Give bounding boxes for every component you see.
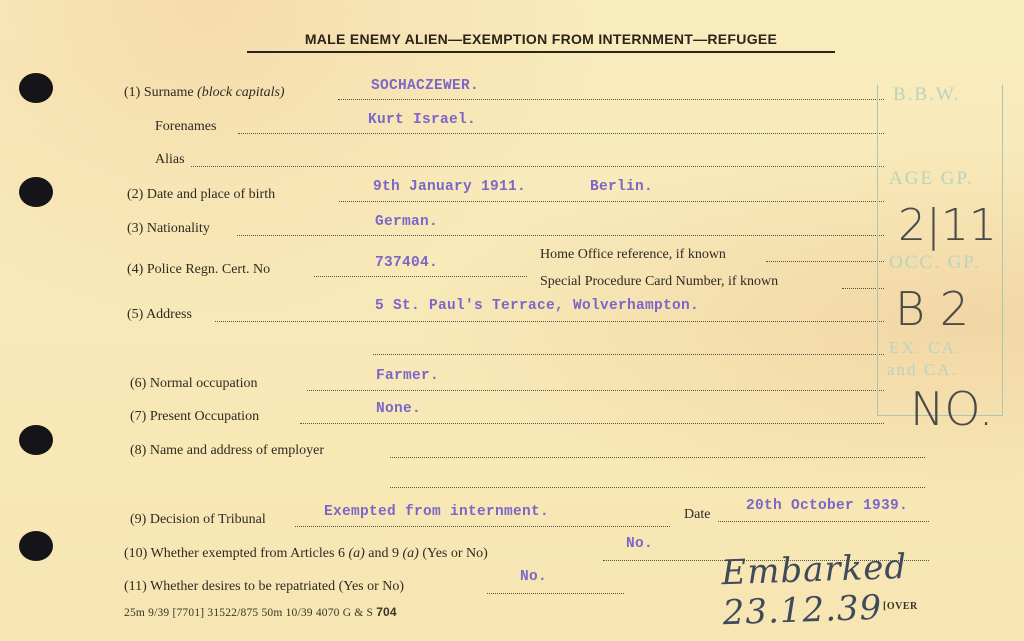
form-title: MALE ENEMY ALIEN—EXEMPTION FROM INTERNME… xyxy=(247,31,835,53)
field-label: Forenames xyxy=(155,119,216,135)
present-occupation-value: None. xyxy=(376,401,421,417)
box-label-and-ca: and CA. xyxy=(887,360,958,380)
birth-date-value: 9th January 1911. xyxy=(373,179,526,195)
field-number: (9) xyxy=(130,512,146,527)
field-repatriation: (11) Whether desires to be repatriated (… xyxy=(124,579,624,599)
field-label: Surname xyxy=(144,85,194,100)
field-present-occupation: (7) Present Occupation None. xyxy=(130,409,884,429)
field-label: Decision of Tribunal xyxy=(150,512,266,527)
dotted-line xyxy=(339,201,884,202)
punch-hole xyxy=(19,73,53,103)
dotted-line xyxy=(215,321,884,322)
dotted-line xyxy=(487,593,624,594)
handwritten-age-group: 2|11 xyxy=(898,200,997,251)
field-surname: (1) Surname (block capitals) SOCHACZEWER… xyxy=(124,85,884,105)
field-label: Present Occupation xyxy=(150,409,259,424)
dotted-line xyxy=(373,354,884,355)
field-birth: (2) Date and place of birth 9th January … xyxy=(127,187,884,207)
field-number: (2) xyxy=(127,187,143,202)
field-label: Date xyxy=(684,507,710,523)
registration-card: MALE ENEMY ALIEN—EXEMPTION FROM INTERNME… xyxy=(0,0,1024,641)
field-label: Normal occupation xyxy=(150,376,258,391)
handwritten-ca: NO. xyxy=(910,382,993,436)
field-tribunal-decision: (9) Decision of Tribunal Exempted from i… xyxy=(130,512,670,532)
field-label: Name and address of employer xyxy=(150,443,324,458)
field-number: (7) xyxy=(130,409,146,424)
dotted-line xyxy=(295,526,670,527)
field-number: (4) xyxy=(127,262,143,277)
surname-value: SOCHACZEWER. xyxy=(371,78,479,94)
field-label: Police Regn. Cert. No xyxy=(147,262,270,277)
field-normal-occupation: (6) Normal occupation Farmer. xyxy=(130,376,884,396)
field-home-office-ref: Home Office reference, if known xyxy=(540,247,884,267)
field-label: Alias xyxy=(155,152,185,168)
punch-hole xyxy=(19,531,53,561)
normal-occupation-value: Farmer. xyxy=(376,368,439,384)
field-address: (5) Address 5 St. Paul's Terrace, Wolver… xyxy=(127,307,884,327)
field-label-note: (block capitals) xyxy=(197,85,284,100)
field-employer: (8) Name and address of employer xyxy=(130,443,925,463)
field-number: (11) xyxy=(124,579,147,594)
box-label-age-group: AGE GP. xyxy=(889,168,974,190)
field-label: Whether exempted from Articles 6 xyxy=(151,546,345,561)
address-value: 5 St. Paul's Terrace, Wolverhampton. xyxy=(375,298,699,314)
tribunal-decision-value: Exempted from internment. xyxy=(324,504,549,520)
punch-hole xyxy=(19,177,53,207)
field-police-cert: (4) Police Regn. Cert. No 737404. xyxy=(127,262,527,282)
dotted-line xyxy=(390,457,925,458)
police-cert-value: 737404. xyxy=(375,255,438,271)
field-forenames: Forenames Kurt Israel. xyxy=(155,119,884,139)
print-code: 25m 9/39 [7701] 31522/875 50m 10/39 4070… xyxy=(124,605,397,619)
field-tribunal-date: Date 20th October 1939. xyxy=(684,507,929,527)
articles-exempt-value: No. xyxy=(626,536,653,552)
dotted-line xyxy=(314,276,527,277)
field-alias: Alias xyxy=(155,152,884,172)
field-label: Date and place of birth xyxy=(147,187,275,202)
dotted-line xyxy=(390,487,925,488)
dotted-line xyxy=(766,261,884,262)
field-address-line2 xyxy=(373,340,884,360)
over-marker: [OVER xyxy=(883,601,918,612)
dotted-line xyxy=(237,235,884,236)
punch-hole xyxy=(19,425,53,455)
field-employer-line2 xyxy=(390,473,925,493)
repatriation-value: No. xyxy=(520,569,547,585)
field-number: (3) xyxy=(127,221,143,236)
field-label: Home Office reference, if known xyxy=(540,247,726,263)
box-label-ex-ca: EX. CA. xyxy=(889,338,962,358)
handwritten-occ-group: B 2 xyxy=(895,282,969,336)
field-label: Nationality xyxy=(147,221,210,236)
field-number: (1) xyxy=(124,85,140,100)
field-label: Address xyxy=(146,307,192,322)
field-number: (8) xyxy=(130,443,146,458)
box-label-occ-group: OCC. GP. xyxy=(889,252,981,274)
dotted-line xyxy=(338,99,884,100)
dotted-line xyxy=(191,166,884,167)
dotted-line xyxy=(307,390,884,391)
field-number: (6) xyxy=(130,376,146,391)
dotted-line xyxy=(300,423,884,424)
box-label-bbw: B.B.W. xyxy=(893,84,961,106)
handwritten-embarked-annotation: Embarked 23.12.39 xyxy=(721,543,1024,633)
birth-place-value: Berlin. xyxy=(590,179,653,195)
field-special-procedure: Special Procedure Card Number, if known xyxy=(540,274,884,294)
field-label: Special Procedure Card Number, if known xyxy=(540,274,778,290)
dotted-line xyxy=(238,133,884,134)
field-number: (10) xyxy=(124,546,147,561)
forenames-value: Kurt Israel. xyxy=(368,112,476,128)
dotted-line xyxy=(718,521,929,522)
nationality-value: German. xyxy=(375,214,438,230)
field-number: (5) xyxy=(127,307,143,322)
tribunal-date-value: 20th October 1939. xyxy=(746,498,908,514)
field-label: Whether desires to be repatriated (Yes o… xyxy=(150,579,404,594)
field-nationality: (3) Nationality German. xyxy=(127,221,884,241)
